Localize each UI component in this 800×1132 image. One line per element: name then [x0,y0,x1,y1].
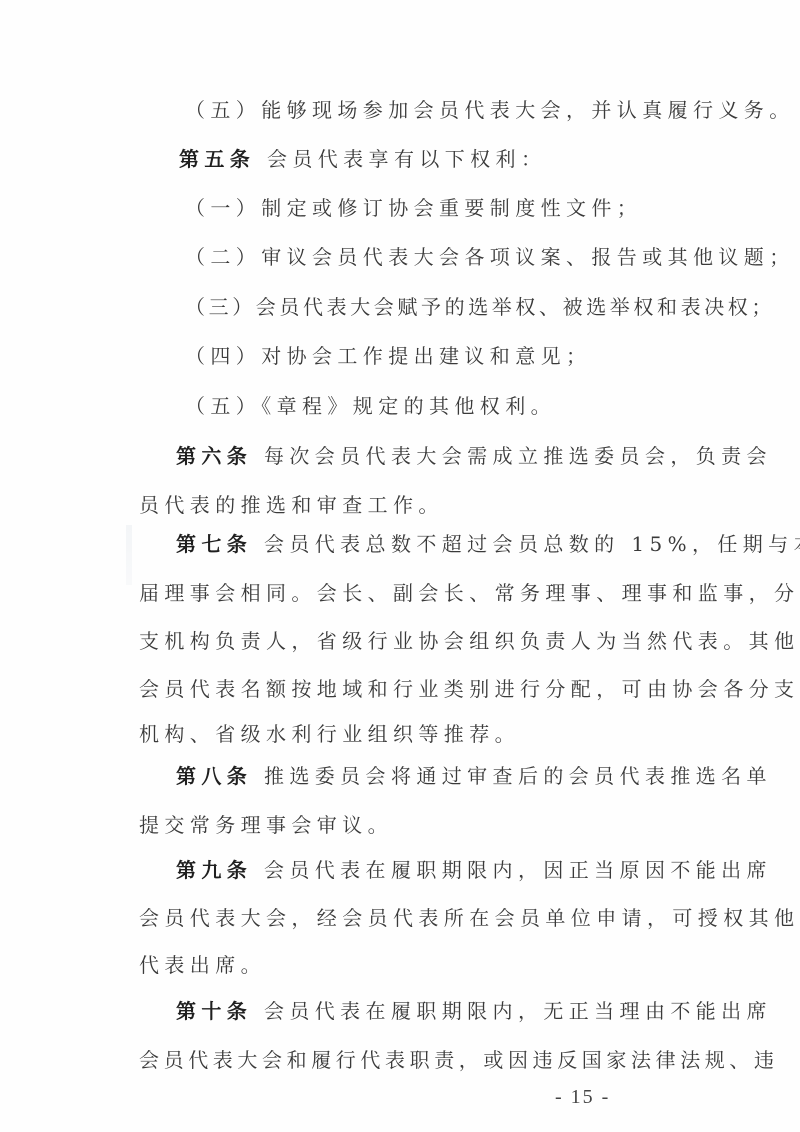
article-6-continuation: 员代表的推选和审查工作。 [139,491,444,519]
line-text: 会员代表在履职期限内，因正当原因不能出席 [252,858,772,882]
article-7-line-5: 机构、省级水利行业组织等推荐。 [139,720,520,748]
line-text: 会员代表总数不超过会员总数的 15%，任期与本 [252,532,800,556]
line-text: 员代表的推选和审查工作。 [139,493,444,517]
list-item-right-1: （一）制定或修订协会重要制度性文件； [185,194,642,222]
article-heading: 第八条 [176,764,252,788]
article-heading: 第九条 [176,858,252,882]
line-text: 代表出席。 [139,953,266,977]
line-text: 支机构负责人，省级行业协会组织负责人为当然代表。其他 [139,629,799,653]
article-heading: 第五条 [179,147,255,171]
line-text: 每次会员代表大会需成立推选委员会，负责会 [252,444,772,468]
article-9-line-2: 会员代表大会，经会员代表所在会员单位申请，可授权其他 [139,904,799,932]
article-9-heading-line: 第九条 会员代表在履职期限内，因正当原因不能出席 [176,856,772,884]
page-number: - 15 - [555,1086,610,1109]
article-heading: 第六条 [176,444,252,468]
line-text: 届理事会相同。会长、副会长、常务理事、理事和监事，分 [139,581,799,605]
article-8-continuation: 提交常务理事会审议。 [139,811,393,839]
line-text: 会员代表大会和履行代表职责，或因违反国家法律法规、违 [139,1048,779,1072]
line-text: （三）会员代表大会赋予的选举权、被选举权和表决权； [185,295,775,319]
article-10-heading-line: 第十条 会员代表在履职期限内，无正当理由不能出席 [176,997,772,1025]
line-text: 推选委员会将通过审查后的会员代表推选名单 [252,764,772,788]
article-heading: 第十条 [176,999,252,1023]
line-text: （一）制定或修订协会重要制度性文件； [185,196,642,220]
article-9-line-3: 代表出席。 [139,951,266,979]
article-7-line-3: 支机构负责人，省级行业协会组织负责人为当然代表。其他 [139,627,799,655]
line-text: 会员代表享有以下权利： [255,147,546,171]
line-text: 会员代表在履职期限内，无正当理由不能出席 [252,999,772,1023]
line-text: 提交常务理事会审议。 [139,813,393,837]
list-item-right-2: （二）审议会员代表大会各项议案、报告或其他议题； [185,243,795,271]
article-heading: 第七条 [176,532,252,556]
line-text: 会员代表大会，经会员代表所在会员单位申请，可授权其他 [139,906,799,930]
line-text: （五）能够现场参加会员代表大会，并认真履行义务。 [185,98,795,122]
article-8-heading-line: 第八条 推选委员会将通过审查后的会员代表推选名单 [176,762,772,790]
list-item-right-5: （五）《章程》规定的其他权利。 [185,392,556,420]
list-item-obligation-5: （五）能够现场参加会员代表大会，并认真履行义务。 [185,96,795,124]
line-text: （二）审议会员代表大会各项议案、报告或其他议题； [185,245,795,269]
article-7-heading-line: 第七条 会员代表总数不超过会员总数的 15%，任期与本 [176,530,800,558]
line-text: （五）《章程》规定的其他权利。 [185,394,556,418]
scan-margin-mark [126,525,132,585]
line-text: （四）对协会工作提出建议和意见； [185,344,591,368]
line-text: 会员代表名额按地域和行业类别进行分配，可由协会各分支 [139,677,799,701]
article-6-heading-line: 第六条 每次会员代表大会需成立推选委员会，负责会 [176,442,772,470]
article-7-line-2: 届理事会相同。会长、副会长、常务理事、理事和监事，分 [139,579,799,607]
article-10-line-2: 会员代表大会和履行代表职责，或因违反国家法律法规、违 [139,1046,779,1074]
list-item-right-3: （三）会员代表大会赋予的选举权、被选举权和表决权； [185,293,775,321]
list-item-right-4: （四）对协会工作提出建议和意见； [185,342,591,370]
document-page: （五）能够现场参加会员代表大会，并认真履行义务。 第五条 会员代表享有以下权利：… [0,0,800,1132]
article-7-line-4: 会员代表名额按地域和行业类别进行分配，可由协会各分支 [139,675,799,703]
article-5-heading-line: 第五条 会员代表享有以下权利： [179,145,546,173]
line-text: 机构、省级水利行业组织等推荐。 [139,722,520,746]
